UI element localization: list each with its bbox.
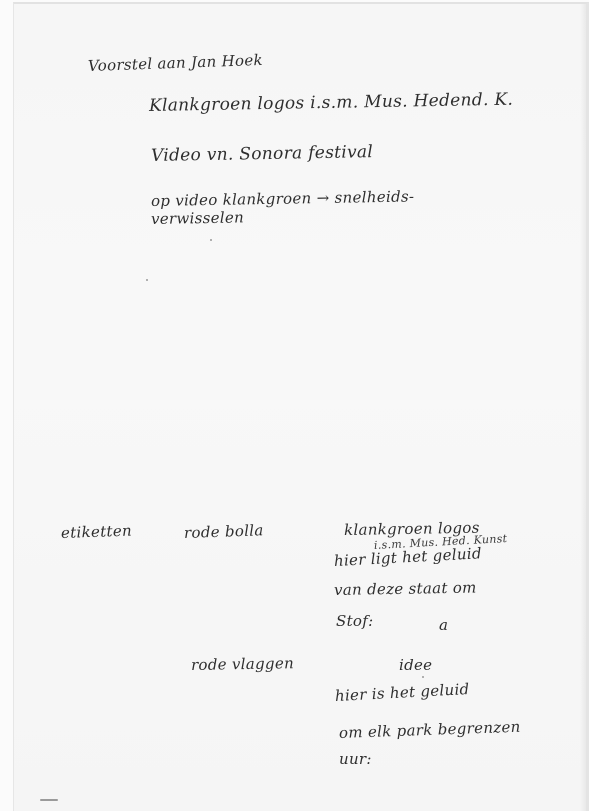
scan-speck (210, 239, 212, 241)
item-2-title: rode vlaggen (191, 654, 294, 674)
scan-speck (146, 279, 148, 281)
item-1-note-5: Stof: (336, 612, 373, 630)
item-1-note-6: a (439, 616, 448, 634)
labels-heading: etiketten (61, 522, 133, 542)
scan-speck (40, 799, 58, 801)
note-line-2: Video vn. Sonora festival (151, 142, 373, 166)
scan-speck (422, 676, 424, 678)
note-line-3: op video klankgroen → snelheids- (151, 187, 415, 210)
note-line-1: Klankgroen logos i.s.m. Mus. Hedend. K. (149, 90, 513, 116)
note-line-4: verwisselen (151, 208, 244, 228)
item-1-note-3: hier ligt het geluid (334, 544, 483, 570)
paper-sheet: Voorstel aan Jan Hoek Klankgroen logos i… (13, 2, 589, 811)
item-2-note-2: om elk park begrenzen (339, 718, 521, 742)
note-heading: Voorstel aan Jan Hoek (88, 51, 263, 75)
scanned-page-background: Voorstel aan Jan Hoek Klankgroen logos i… (0, 0, 589, 811)
item-2-note-3: uur: (339, 750, 372, 768)
item-1-title: rode bolla (184, 521, 264, 542)
item-2-note-1: hier is het geluid (335, 680, 470, 705)
item-1-note-4: van deze staat om (334, 579, 477, 599)
item-2-label: idee (399, 656, 432, 674)
